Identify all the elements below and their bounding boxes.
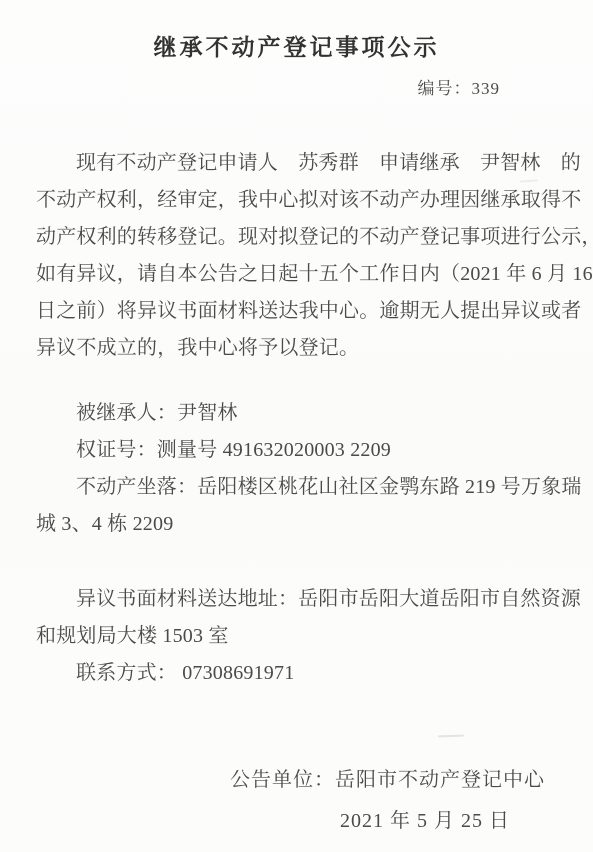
doc-number: 编号：339 (418, 78, 501, 100)
body-line: 如有异议，请自本公告之日起十五个工作日内（2021 年 6 月 16 (36, 256, 573, 293)
contact-phone-line: 联系方式： 07308691971 (36, 655, 573, 692)
body-line: 动产权利的转移登记。现对拟登记的不动产登记事项进行公示， (36, 219, 573, 256)
delivery-address-line: 异议书面材料送达地址：岳阳市岳阳大道岳阳市自然资源 (36, 581, 573, 618)
delivery-address-wrap-line: 和规划局大楼 1503 室 (36, 618, 573, 655)
body-line: 异议不成立的，我中心将予以登记。 (36, 330, 573, 367)
body-paragraph: 现有不动产登记申请人 苏秀群 申请继承 尹智林 的 不动产权利，经审定，我中心拟… (36, 145, 573, 367)
property-location-line: 不动产坐落：岳阳楼区桃花山社区金鹗东路 219 号万象瑞 (36, 469, 573, 506)
body-line: 现有不动产登记申请人 苏秀群 申请继承 尹智林 的 (36, 145, 573, 182)
issue-date: 2021 年 5 月 25 日 (340, 803, 510, 840)
decedent-line: 被继承人：尹智林 (36, 395, 573, 432)
body-line: 不动产权利，经审定，我中心拟对该不动产办理因继承取得不 (36, 182, 573, 219)
certificate-line: 权证号：测量号 491632020003 2209 (36, 432, 573, 469)
scan-speckle (438, 735, 464, 738)
page-title: 继承不动产登记事项公示 (0, 31, 593, 65)
notice-document: 继承不动产登记事项公示 编号：339 现有不动产登记申请人 苏秀群 申请继承 尹… (0, 0, 593, 852)
body-line: 日之前）将异议书面材料送达我中心。逾期无人提出异议或者 (36, 293, 573, 330)
property-details: 被继承人：尹智林 权证号：测量号 491632020003 2209 不动产坐落… (36, 395, 573, 543)
property-location-wrap-line: 城 3、4 栋 2209 (36, 506, 573, 543)
objection-delivery: 异议书面材料送达地址：岳阳市岳阳大道岳阳市自然资源 和规划局大楼 1503 室 … (36, 581, 573, 692)
issuing-unit: 公告单位：岳阳市不动产登记中心 (230, 762, 545, 799)
